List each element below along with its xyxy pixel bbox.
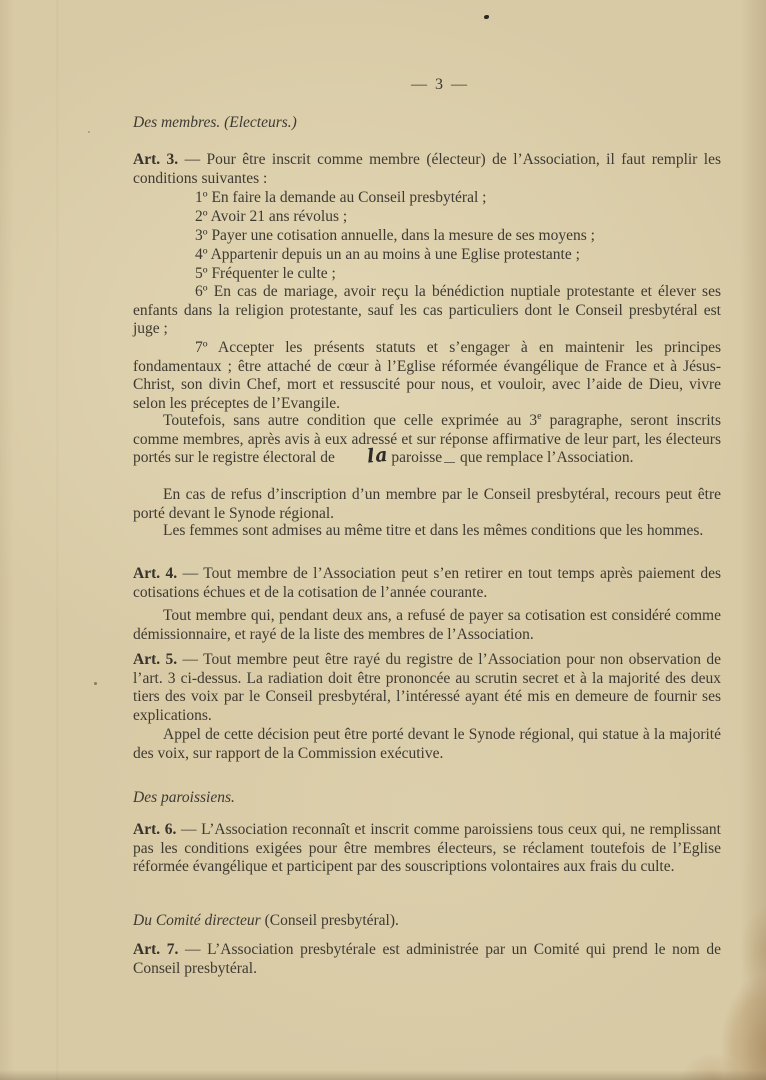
heading-membres: Des membres. (Electeurs.) (133, 114, 721, 133)
scanned-page: — 3 — Des membres. (Electeurs.) Art. 3. … (0, 0, 766, 1080)
heading-membres-text: Des membres. (Electeurs.) (133, 114, 297, 131)
article-5-label: Art. 5. (133, 651, 177, 668)
condition-5-num: 5º (195, 265, 208, 282)
heading-paroissiens: Des paroissiens. (133, 789, 721, 808)
paragraph-cotisation-text: Tout membre qui, pendant deux ans, a ref… (133, 607, 721, 643)
condition-2-num: 2º (195, 208, 208, 225)
condition-4-text: Appartenir depuis un an au moins à une E… (208, 246, 580, 263)
condition-3-num: 3º (195, 227, 208, 244)
toutefois-text-3: paroisse (391, 449, 442, 466)
article-5-text: — Tout membre peut être rayé du registre… (133, 651, 721, 724)
article-5: Art. 5. — Tout membre peut être rayé du … (133, 651, 721, 725)
toutefois-text-4: que remplace l’Association. (460, 449, 633, 466)
condition-1-text: En faire la demande au Conseil presbytér… (208, 189, 487, 206)
article-3: Art. 3. — Pour être inscrit comme membre… (133, 151, 721, 188)
article-7: Art. 7. — L’Association presbytérale est… (133, 941, 721, 978)
condition-7: 7º Accepter les présents statuts et s’en… (133, 339, 721, 413)
condition-7-text: Accepter les présents statuts et s’engag… (133, 339, 721, 412)
article-3-text: — Pour être inscrit comme membre (électe… (133, 151, 721, 187)
article-4-text: — Tout membre de l’Association peut s’en… (133, 565, 721, 601)
condition-6: 6º En cas de mariage, avoir reçu la béné… (133, 283, 721, 339)
page-number: — 3 — (140, 76, 740, 94)
article-6-text: — L’Association reconnaît et inscrit com… (133, 821, 721, 875)
heading-comite: Du Comité directeur (Conseil presbytéral… (133, 912, 721, 931)
ink-spot (484, 15, 489, 19)
paragraph-refus-text: En cas de refus d’inscription d’un membr… (133, 486, 721, 522)
article-7-text: — L’Association presbytérale est adminis… (133, 941, 721, 977)
condition-3: 3º Payer une cotisation annuelle, dans l… (133, 227, 721, 246)
toutefois-text-1: Toutefois, sans autre condition que cell… (163, 412, 537, 429)
heading-comite-italic: Du Comité directeur (133, 912, 261, 929)
paragraph-femmes-text: Les femmes sont admises au même titre et… (163, 522, 703, 539)
article-6: Art. 6. — L’Association reconnaît et ins… (133, 821, 721, 877)
condition-1: 1º En faire la demande au Conseil presby… (133, 189, 721, 208)
insertion-mark (444, 461, 455, 463)
paragraph-appel-text: Appel de cette décision peut être porté … (133, 726, 721, 762)
condition-1-num: 1º (195, 189, 208, 206)
article-3-label: Art. 3. (133, 151, 178, 168)
condition-6-num: 6º (195, 283, 208, 300)
condition-4: 4º Appartenir depuis un an au moins à un… (133, 246, 721, 265)
paragraph-cotisation: Tout membre qui, pendant deux ans, a ref… (133, 607, 721, 644)
condition-4-num: 4º (195, 246, 208, 263)
paragraph-refus: En cas de refus d’inscription d’un membr… (133, 486, 721, 523)
paper-speck (94, 682, 97, 685)
paper-speck (88, 131, 90, 133)
heading-comite-roman: (Conseil presbytéral). (261, 912, 399, 929)
condition-5-text: Fréquenter le culte ; (208, 265, 336, 282)
condition-2-text: Avoir 21 ans révolus ; (208, 208, 348, 225)
condition-7-num: 7º (195, 339, 208, 356)
heading-paroissiens-text: Des paroissiens. (133, 789, 235, 806)
article-6-label: Art. 6. (133, 821, 176, 838)
article-4-label: Art. 4. (133, 565, 177, 582)
paragraph-toutefois: Toutefois, sans autre condition que cell… (133, 412, 721, 468)
article-7-label: Art. 7. (133, 941, 178, 958)
condition-2: 2º Avoir 21 ans révolus ; (133, 208, 721, 227)
condition-3-text: Payer une cotisation annuelle, dans la m… (208, 227, 595, 244)
condition-6-text: En cas de mariage, avoir reçu la bénédic… (133, 283, 721, 337)
condition-5: 5º Fréquenter le culte ; (133, 265, 721, 284)
paragraph-appel: Appel de cette décision peut être porté … (133, 726, 721, 763)
paragraph-femmes: Les femmes sont admises au même titre et… (133, 522, 721, 541)
article-4: Art. 4. — Tout membre de l’Association p… (133, 565, 721, 602)
handwritten-la: la (337, 455, 388, 459)
